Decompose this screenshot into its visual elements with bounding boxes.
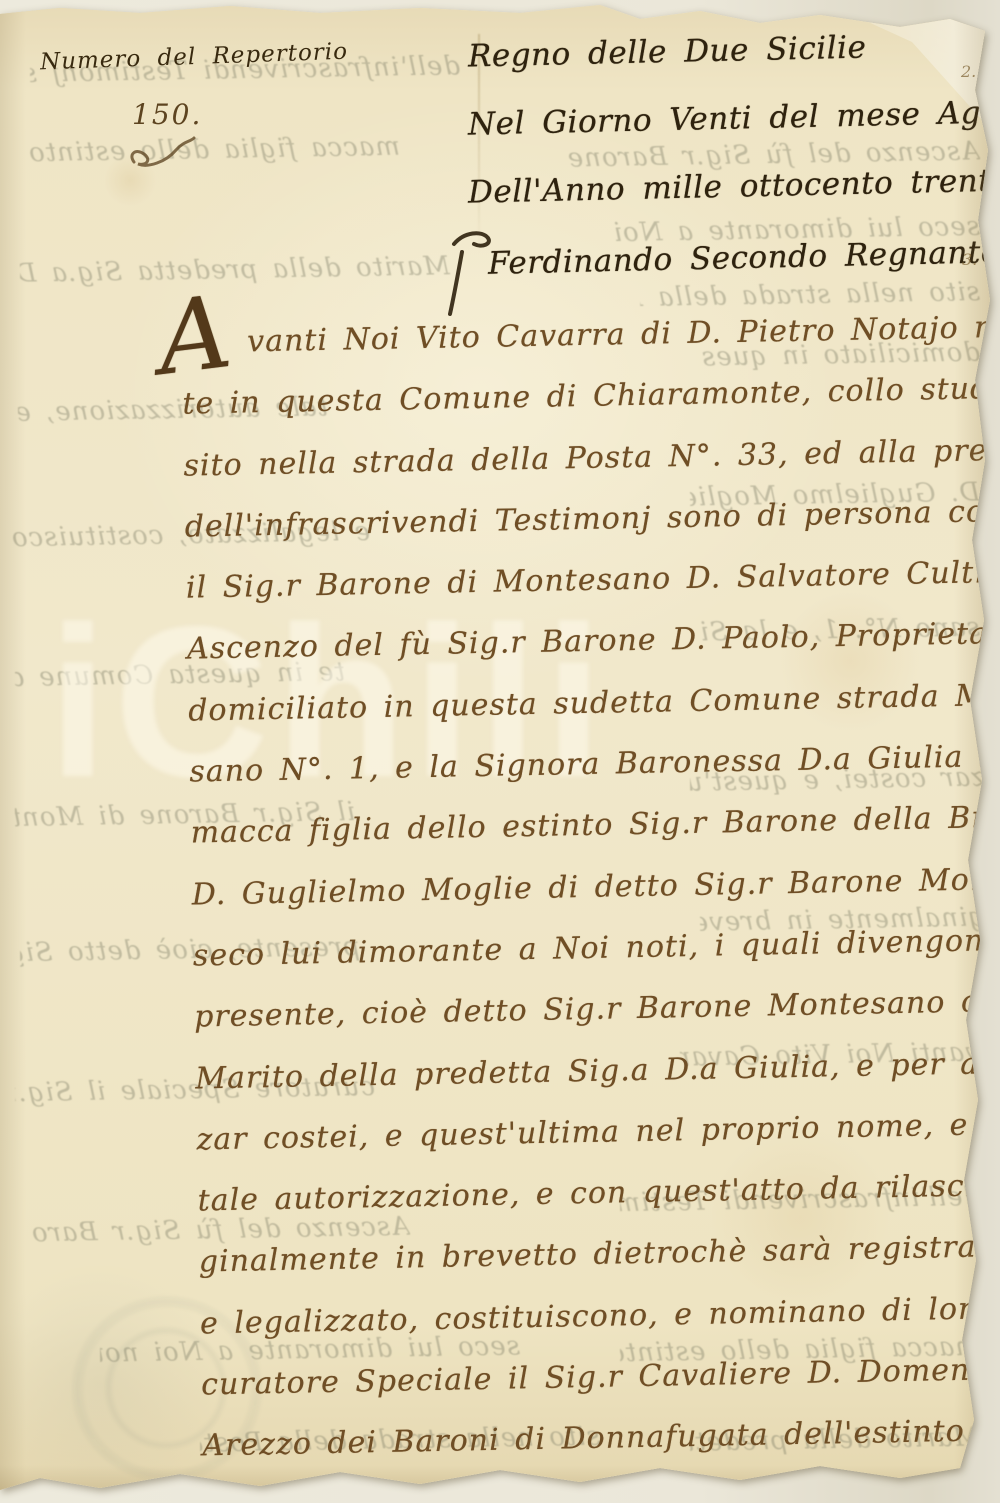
bleedthrough-text: Marito della predetta Sig.a D.a Giulia, …: [20, 251, 450, 288]
bleedthrough-text: macca figlia dello estinto Sig.r Barone …: [20, 132, 400, 169]
header-ruler: Ferdinando Secondo Regnante: [488, 234, 1000, 282]
paper-edge-shade: [0, 0, 26, 1503]
scan-background: dell'infrascrivendi Testimonj sono di pe…: [0, 0, 1000, 1503]
header-date-line2: Dell'Anno mille ottocento trentatre: [468, 161, 1000, 210]
repertory-label: Numero del Repertorio: [40, 39, 349, 76]
manuscript-page: dell'infrascrivendi Testimonj sono di pe…: [0, 0, 1000, 1503]
page-mark-upper: 2.: [961, 62, 976, 81]
header-date-line1: Nel Giorno Venti del mese Agosto: [468, 93, 1000, 142]
repertory-number: 150.: [132, 98, 202, 131]
bleedthrough-text: sito nella strada della Posta N°. 33, ed…: [640, 277, 980, 313]
page-mark-lower: 3.: [962, 250, 977, 269]
header-kingdom: Regno delle Due Sicilie: [468, 29, 867, 74]
body-text: vanti Noi Vito Cavarra di D. Pietro Nota…: [181, 311, 988, 1490]
paraph-flourish-icon: [126, 128, 198, 170]
